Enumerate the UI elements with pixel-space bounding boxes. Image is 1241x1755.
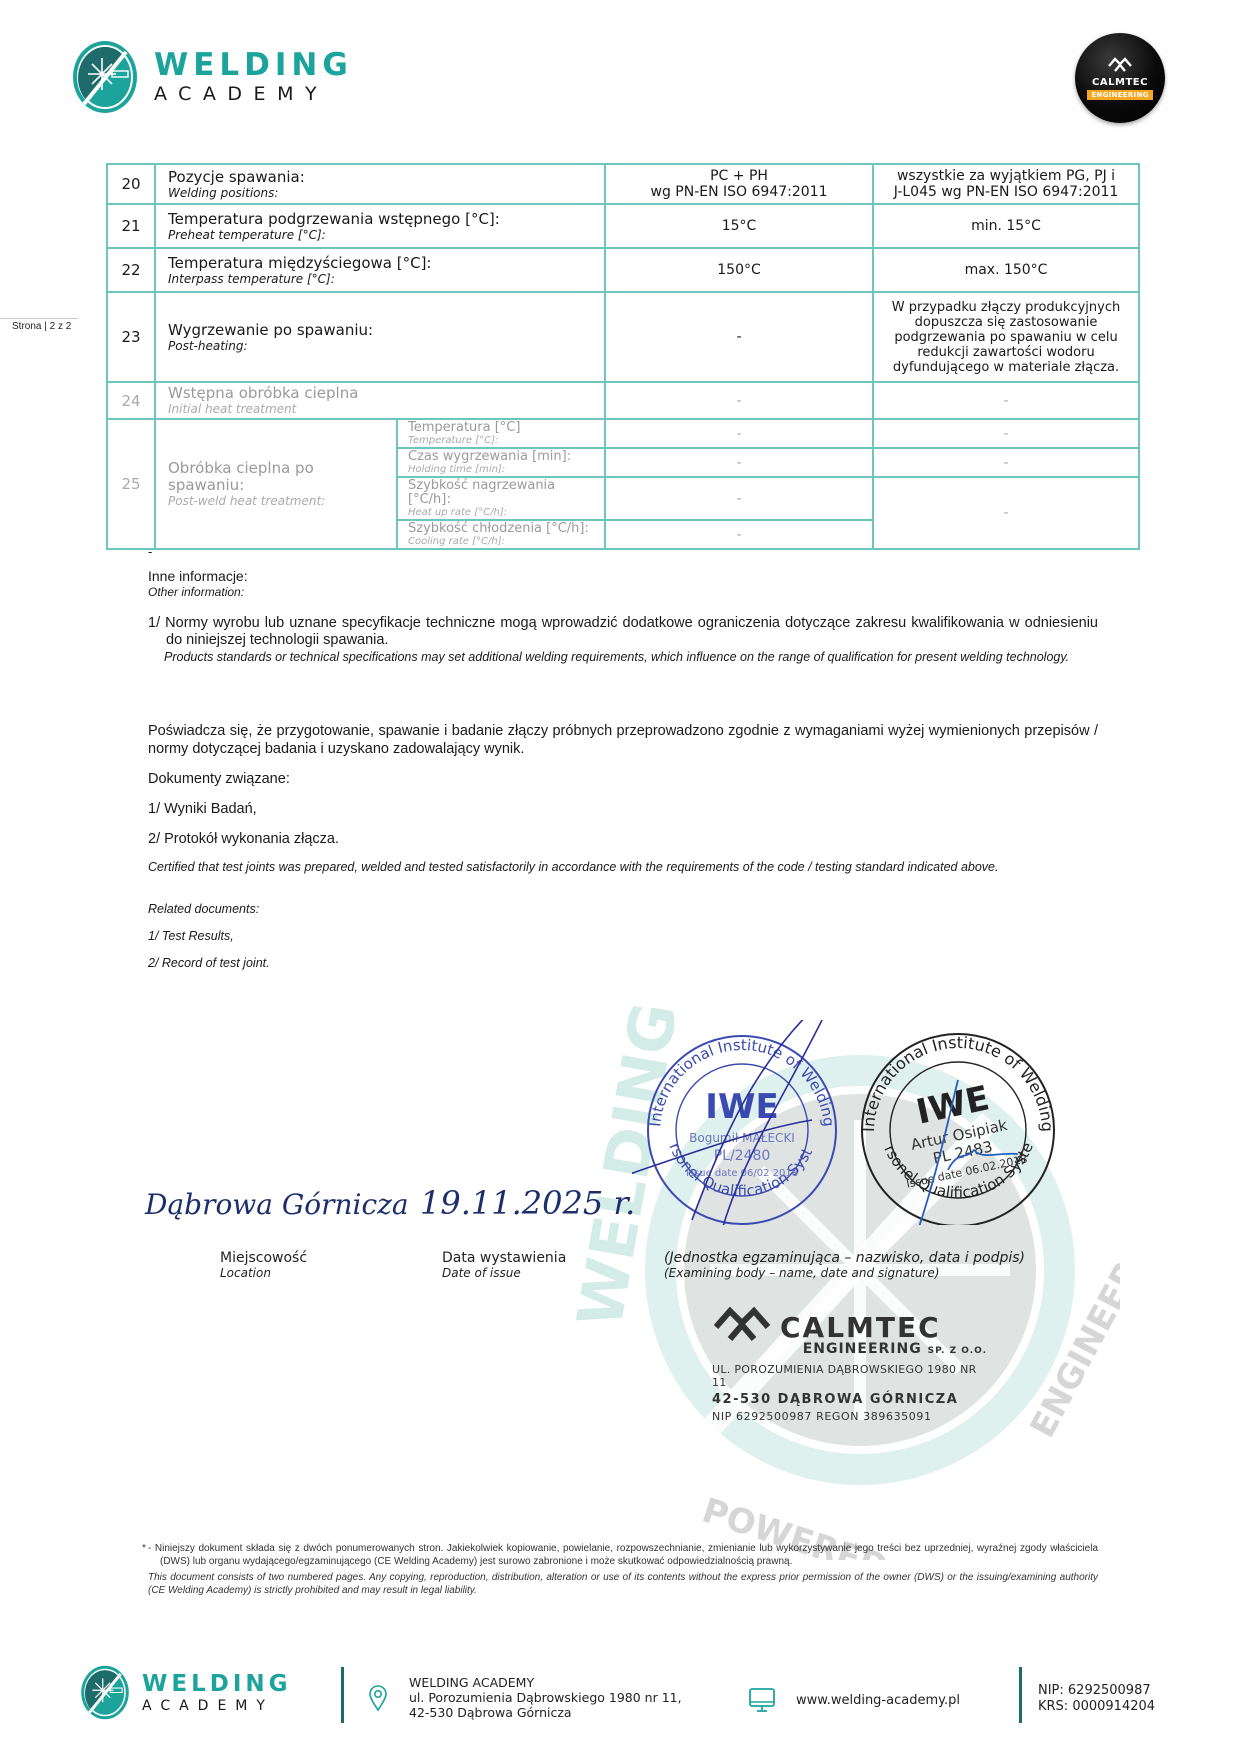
calmtec-name: CALMTEC xyxy=(1092,77,1148,88)
legal-footnote: * - Niniejszy dokument składa się z dwóc… xyxy=(148,1543,1098,1597)
row-number: 21 xyxy=(107,204,155,248)
svg-text:IWE: IWE xyxy=(913,1078,993,1132)
row-number: 20 xyxy=(107,164,155,204)
iwe-stamp-1: International Institute of Welding Perso… xyxy=(632,1020,852,1225)
welding-torch-emblem-icon xyxy=(80,1665,130,1720)
handwritten-location: Dąbrowa Górnicza xyxy=(145,1188,409,1221)
svg-text:International Institute of Wel: International Institute of Welding xyxy=(646,1036,838,1128)
table-row: 20 Pozycje spawania: Welding positions: … xyxy=(107,164,1139,204)
page-number: Strona | 2 z 2 xyxy=(12,321,71,332)
sub-value: - xyxy=(605,419,873,448)
location-label: Miejscowość Location xyxy=(220,1250,307,1280)
certification-statement-en: Certified that test joints was prepared,… xyxy=(148,860,1098,875)
sub-label: Temperatura [°C] Temperature [°C]: xyxy=(397,419,605,448)
company-sub: ENGINEERING SP. Z O.O. xyxy=(712,1341,987,1357)
logo-welding-text: WELDING xyxy=(154,48,353,82)
handwritten-date: 19.11.2025 r. xyxy=(420,1184,635,1222)
date-of-issue-label: Data wystawienia Date of issue xyxy=(442,1250,566,1280)
table-row: 21 Temperatura podgrzewania wstępnego [°… xyxy=(107,204,1139,248)
row-label: Obróbka cieplna po spawaniu: Post-weld h… xyxy=(155,419,397,549)
table-row: 22 Temperatura międzyściegowa [°C]: Inte… xyxy=(107,248,1139,292)
row-range: max. 150°C xyxy=(873,248,1139,292)
table-row: 25 Obróbka cieplna po spawaniu: Post-wel… xyxy=(107,419,1139,448)
row-label: Wstępna obróbka cieplna Initial heat tre… xyxy=(155,382,605,419)
certification-statement: Poświadcza się, że przygotowanie, spawan… xyxy=(148,722,1098,758)
company-stamp: CALMTEC ENGINEERING SP. Z O.O. UL. POROZ… xyxy=(712,1305,987,1423)
svg-text:WELDING: WELDING xyxy=(563,1000,692,1333)
row-label: Temperatura podgrzewania wstępnego [°C]:… xyxy=(155,204,605,248)
row-value: 150°C xyxy=(605,248,873,292)
related-docs-heading: Dokumenty związane: xyxy=(148,771,1098,787)
footer-divider xyxy=(341,1667,344,1723)
row-label: Temperatura międzyściegowa [°C]: Interpa… xyxy=(155,248,605,292)
calmtec-stamp-logo-icon xyxy=(712,1305,772,1343)
footer-logo-academy: ACADEMY xyxy=(142,1697,292,1715)
company-address: UL. POROZUMIENIA DĄBROWSKIEGO 1980 NR 11 xyxy=(712,1363,987,1389)
svg-text:PL 2483: PL 2483 xyxy=(931,1137,994,1167)
svg-text:Artur Osipiak: Artur Osipiak xyxy=(909,1116,1009,1154)
dash-line: - xyxy=(148,544,1098,559)
welding-torch-emblem-icon xyxy=(72,40,138,114)
company-city: 42-530 DĄBROWA GÓRNICZA xyxy=(712,1392,987,1407)
calmtec-glyph-icon xyxy=(1107,57,1133,73)
related-doc-1: 1/ Wyniki Badań, xyxy=(148,801,1098,817)
svg-text:International Institute of Wel: International Institute of Welding xyxy=(859,1033,1057,1132)
calmtec-engineering: ENGINEERING xyxy=(1087,90,1152,100)
footer-company-ids: NIP: 6292500987 KRS: 0000914204 xyxy=(1038,1683,1155,1715)
company-ids: NIP 6292500987 REGON 389635091 xyxy=(712,1410,987,1423)
row-range: min. 15°C xyxy=(873,204,1139,248)
iwe-stamp-2: International Institute of Welding Perso… xyxy=(848,1020,1068,1225)
other-info-heading: Inne informacje: xyxy=(148,568,1098,584)
svg-text:Issue date 06.02.2018: Issue date 06.02.2018 xyxy=(905,1152,1028,1190)
welding-academy-logo: WELDING ACADEMY xyxy=(72,40,353,114)
row-value: 15°C xyxy=(605,204,873,248)
row-value: - xyxy=(605,292,873,382)
company-name: CALMTEC xyxy=(780,1313,941,1343)
monitor-icon xyxy=(748,1686,776,1714)
svg-text:Personel Qualification System: Personel Qualification System xyxy=(632,1020,816,1200)
related-docs-heading-en: Related documents: xyxy=(148,902,1098,916)
other-info-heading-en: Other information: xyxy=(148,585,1098,599)
location-pin-icon xyxy=(369,1685,387,1711)
row-range: - xyxy=(873,382,1139,419)
row-number: 23 xyxy=(107,292,155,382)
footer-divider xyxy=(1019,1667,1022,1723)
table-row: 23 Wygrzewanie po spawaniu: Post-heating… xyxy=(107,292,1139,382)
page-number-rule xyxy=(0,318,78,319)
svg-text:Issue date 06/02 2018: Issue date 06/02 2018 xyxy=(686,1168,798,1179)
row-value: PC + PH wg PN-EN ISO 6947:2011 xyxy=(605,164,873,204)
svg-text:IWE: IWE xyxy=(705,1087,778,1127)
footer-website[interactable]: www.welding-academy.pl xyxy=(748,1686,960,1714)
note-1-en: Products standards or technical specific… xyxy=(164,650,1098,665)
row-number: 22 xyxy=(107,248,155,292)
logo-academy-text: ACADEMY xyxy=(154,82,353,106)
row-label: Wygrzewanie po spawaniu: Post-heating: xyxy=(155,292,605,382)
sub-value: - xyxy=(605,477,873,520)
related-doc-2: 2/ Protokół wykonania złącza. xyxy=(148,831,1098,847)
sub-range-rates: - xyxy=(873,477,1139,549)
sub-label: Czas wygrzewania [min]: Holding time [mi… xyxy=(397,448,605,477)
sub-value: - xyxy=(605,448,873,477)
related-doc-1-en: 1/ Test Results, xyxy=(148,929,1098,943)
footer-logo-welding: WELDING xyxy=(142,1671,292,1697)
examining-body-label: (Jednostka egzaminująca – nazwisko, data… xyxy=(664,1250,1025,1280)
wps-spec-table: 20 Pozycje spawania: Welding positions: … xyxy=(106,163,1140,550)
watermark-logo: WELDING POWERED BY CALMTEC ENGINEERING xyxy=(560,1000,1120,1560)
row-range: wszystkie za wyjątkiem PG, PJ i J-L045 w… xyxy=(873,164,1139,204)
sub-range: - xyxy=(873,448,1139,477)
row-label: Pozycje spawania: Welding positions: xyxy=(155,164,605,204)
row-range: W przypadku złączy produkcyjnych dopuszc… xyxy=(873,292,1139,382)
footer-address: WELDING ACADEMY ul. Porozumienia Dąbrows… xyxy=(369,1675,682,1720)
svg-text:PL/2480: PL/2480 xyxy=(714,1148,771,1164)
svg-text:ENGINEERING: ENGINEERING xyxy=(1023,1194,1120,1444)
calmtec-badge-logo: CALMTEC ENGINEERING xyxy=(1075,33,1165,123)
row-number: 24 xyxy=(107,382,155,419)
note-1: 1/ Normy wyrobu lub uznane specyfikacje … xyxy=(148,615,1098,649)
row-value: - xyxy=(605,382,873,419)
website-link[interactable]: www.welding-academy.pl xyxy=(796,1693,960,1708)
table-row: 24 Wstępna obróbka cieplna Initial heat … xyxy=(107,382,1139,419)
row-number: 25 xyxy=(107,419,155,549)
footer-logo: WELDING ACADEMY xyxy=(80,1665,292,1720)
sub-label: Szybkość nagrzewania [°C/h]: Heat up rat… xyxy=(397,477,605,520)
svg-text:Personel Qualification System: Personel Qualification System xyxy=(848,1020,1037,1202)
related-doc-2-en: 2/ Record of test joint. xyxy=(148,956,1098,970)
sub-range: - xyxy=(873,419,1139,448)
svg-text:Bogumił MAŁECKI: Bogumił MAŁECKI xyxy=(689,1131,795,1145)
